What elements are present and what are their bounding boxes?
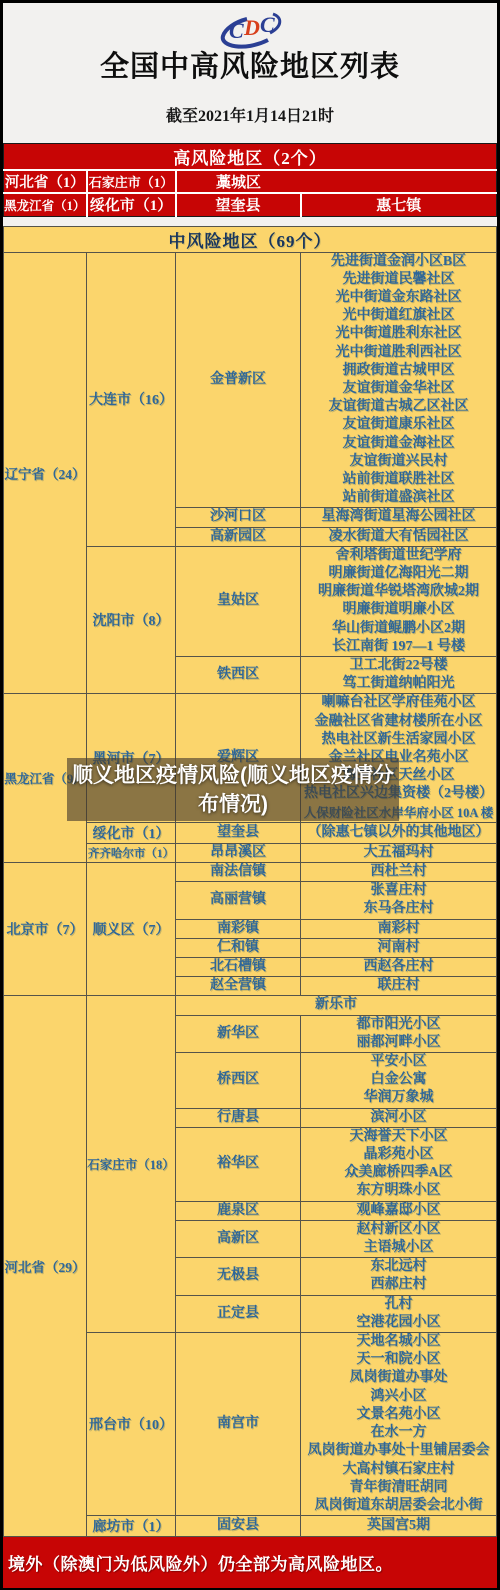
district-label: 北石槽镇 <box>176 958 300 976</box>
medium-risk-section-title: 中风险地区（69个） <box>4 226 497 252</box>
district-row: 河北省（29）石家庄市（18）新乐市 <box>4 996 497 1015</box>
community-item: 南彩村 <box>301 920 496 938</box>
community-item: 明廉街道亿海阳光二期 <box>301 565 496 583</box>
community-item: 喇嘛台社区学府佳苑小区 <box>301 694 496 712</box>
community-item: 热电社区新生活家园小区 <box>301 731 496 749</box>
communities-cell: 孔村空港花园小区 <box>301 1295 497 1332</box>
district-cell: 望奎县 <box>176 822 301 843</box>
watermark-line-2: 布情况) <box>67 790 399 819</box>
community-item: 光中街道胜利西社区 <box>301 344 496 362</box>
city-label: 顺义区（7） <box>87 919 175 939</box>
province-label: 河北省（29） <box>4 1256 86 1276</box>
district-label: 桥西区 <box>176 1071 300 1089</box>
district-cell: 赵全营镇 <box>176 977 301 996</box>
district-label: 望奎县 <box>176 824 300 842</box>
community-item: 西杜兰村 <box>301 863 496 881</box>
communities-cell: 河南村 <box>301 938 497 957</box>
district-cell: 新华区 <box>176 1015 301 1052</box>
district-label: 金普新区 <box>176 371 300 389</box>
community-item: 光中街道金东路社区 <box>301 289 496 307</box>
city-label: 齐齐哈尔市（1） <box>87 845 175 861</box>
community-item: 东马各庄村 <box>301 900 496 918</box>
district-cell: 高新区 <box>176 1220 301 1257</box>
community-item: 赵村新区小区 <box>301 1221 496 1239</box>
community-item: 凤岗街道东胡居委会北小街 <box>301 1497 496 1515</box>
community-item: 主语城小区 <box>301 1239 496 1257</box>
community-item: 青年街清旺胡同 <box>301 1479 496 1497</box>
district-row: 辽宁省（24）大连市（16）金普新区先进街道金润小区B区先进街道民馨社区光中街道… <box>4 252 497 508</box>
community-item: 友谊街道兴民村 <box>301 453 496 471</box>
district-label: 沙河口区 <box>176 508 300 526</box>
community-item: 友谊街道金华社区 <box>301 380 496 398</box>
svg-text:C: C <box>229 18 244 43</box>
district-cell: 昂昂溪区 <box>176 843 301 862</box>
community-item: 友谊街道康乐社区 <box>301 416 496 434</box>
community-item: 天一和院小区 <box>301 1351 496 1369</box>
high-risk-area-cell <box>301 170 497 193</box>
district-label: 高新区 <box>176 1230 300 1248</box>
watermark-overlay: 顺义地区疫情风险(顺义地区疫情分 布情况) <box>67 758 399 821</box>
high-risk-district-label: 藁城区 <box>177 171 301 192</box>
communities-cell: 西赵各庄村 <box>301 958 497 977</box>
community-item: 友谊街道金海社区 <box>301 435 496 453</box>
community-item: 卫工北街22号楼 <box>301 657 496 675</box>
community-item: 星海湾街道星海公园社区 <box>301 508 496 526</box>
city-cell: 大连市（16） <box>87 252 176 546</box>
communities-cell: 联庄村 <box>301 977 497 996</box>
communities-cell: 平安小区白金公寓华润万象城 <box>301 1053 497 1109</box>
district-label: 鹿泉区 <box>176 1202 300 1220</box>
district-cell: 南法信镇 <box>176 863 301 882</box>
community-item: 平安小区 <box>301 1053 496 1071</box>
section-gap <box>3 217 497 226</box>
province-label: 北京市（7） <box>4 919 86 939</box>
communities-cell: 都市阳光小区丽都河畔小区 <box>301 1015 497 1052</box>
city-label: 廊坊市（1） <box>87 1516 175 1536</box>
high-risk-province-label: 河北省（1） <box>4 171 86 192</box>
high-risk-city-cell: 绥化市（1） <box>87 193 176 216</box>
high-risk-header-row: 高风险地区（2个） <box>4 144 497 171</box>
medium-risk-table: 中风险地区（69个） 辽宁省（24）大连市（16）金普新区先进街道金润小区B区先… <box>3 226 497 1538</box>
communities-cell: 南彩村 <box>301 919 497 938</box>
community-item: 舍利塔街道世纪学府 <box>301 547 496 565</box>
community-item: 大高村镇石家庄村 <box>301 1461 496 1479</box>
communities-cell: 卫工北街22号楼笃工街道纳帕阳光 <box>301 656 497 693</box>
svg-text:C: C <box>260 12 275 37</box>
high-risk-province-cell: 河北省（1） <box>4 170 87 193</box>
as-of-timestamp: 截至2021年1月14日21时 <box>3 103 497 126</box>
overseas-note-bar: 境外（除澳门为低风险外）仍全部为高风险地区。 <box>3 1537 497 1588</box>
district-cell: 固安县 <box>176 1516 301 1537</box>
community-item: 英国宫5期 <box>301 1517 496 1535</box>
overseas-note: 境外（除澳门为低风险外）仍全部为高风险地区。 <box>8 1550 393 1575</box>
community-item: 凤岗街道办事处 <box>301 1369 496 1387</box>
community-item: 友谊街道古城乙区社区 <box>301 398 496 416</box>
city-cell: 沈阳市（8） <box>87 546 176 694</box>
high-risk-row: 黑龙江省（1）绥化市（1）望奎县惠七镇 <box>4 193 497 216</box>
district-cell: 金普新区 <box>176 252 301 508</box>
community-item: 金融社区省建材楼所在小区 <box>301 713 496 731</box>
community-item: 天海誉天下小区 <box>301 1128 496 1146</box>
community-item: 光中街道红旗社区 <box>301 307 496 325</box>
communities-cell: 舍利塔街道世纪学府明廉街道亿海阳光二期明廉街道华锐塔湾欣城2期明廉街道明廉小区华… <box>301 546 497 656</box>
district-cell: 铁西区 <box>176 656 301 693</box>
district-label: 固安县 <box>176 1517 300 1535</box>
community-item: 张喜庄村 <box>301 882 496 900</box>
communities-cell: （除惠七镇以外的其他地区） <box>301 822 497 843</box>
high-risk-district-cell: 望奎县 <box>176 193 301 216</box>
logo-container: C D C <box>3 9 497 51</box>
communities-cell: 英国宫5期 <box>301 1516 497 1537</box>
community-item: 孔村 <box>301 1296 496 1314</box>
high-risk-district-cell: 藁城区 <box>176 170 301 193</box>
communities-cell: 张喜庄村东马各庄村 <box>301 882 497 919</box>
district-label: 裕华区 <box>176 1155 300 1173</box>
province-label: 辽宁省（24） <box>4 463 86 483</box>
district-label: 无极县 <box>176 1267 300 1285</box>
province-cell: 辽宁省（24） <box>4 252 87 694</box>
high-risk-row: 河北省（1）石家庄市（1）藁城区 <box>4 170 497 193</box>
communities-cell: 东北远村西郝庄村 <box>301 1258 497 1295</box>
district-cell: 正定县 <box>176 1295 301 1332</box>
district-label: 皇姑区 <box>176 592 300 610</box>
district-label: 仁和镇 <box>176 939 300 957</box>
community-item: 东方明珠小区 <box>301 1182 496 1200</box>
city-cell: 绥化市（1） <box>87 822 176 843</box>
community-item: 光中街道胜利东社区 <box>301 325 496 343</box>
high-risk-area-label: 惠七镇 <box>302 194 497 215</box>
high-risk-table: 高风险地区（2个） 河北省（1）石家庄市（1）藁城区黑龙江省（1）绥化市（1）望… <box>3 143 497 217</box>
city-label: 绥化市（1） <box>87 823 175 843</box>
district-cell: 沙河口区 <box>176 508 301 527</box>
community-item: 观峰嘉邸小区 <box>301 1202 496 1220</box>
district-cell: 南彩镇 <box>176 919 301 938</box>
district-cell: 无极县 <box>176 1258 301 1295</box>
high-risk-section-title: 高风险地区（2个） <box>4 144 497 171</box>
community-item: 众美廊桥四季A区 <box>301 1164 496 1182</box>
province-cell: 河北省（29） <box>4 996 87 1537</box>
community-item: 先进街道金润小区B区 <box>301 253 496 271</box>
watermark-line-1: 顺义地区疫情风险(顺义地区疫情分 <box>67 761 399 790</box>
district-label: 南彩镇 <box>176 920 300 938</box>
city-label: 邢台市（10） <box>87 1414 175 1434</box>
community-item: 晶彩苑小区 <box>301 1146 496 1164</box>
district-cell: 南宫市 <box>176 1333 301 1516</box>
community-item: 河南村 <box>301 939 496 957</box>
community-item: 先进街道民馨社区 <box>301 271 496 289</box>
medium-risk-header-row: 中风险地区（69个） <box>4 226 497 252</box>
high-risk-city-cell: 石家庄市（1） <box>87 170 176 193</box>
infographic-header: C D C 全国中高风险地区列表 截至2021年1月14日21时 <box>3 3 497 143</box>
district-cell: 桥西区 <box>176 1053 301 1109</box>
city-cell: 石家庄市（18） <box>87 996 176 1333</box>
communities-cell: 大五福玛村 <box>301 843 497 862</box>
communities-cell: 赵村新区小区主语城小区 <box>301 1220 497 1257</box>
community-item: 西赵各庄村 <box>301 958 496 976</box>
city-label: 石家庄市（18） <box>87 1155 175 1173</box>
high-risk-city-label: 石家庄市（1） <box>88 172 175 191</box>
high-risk-province-label: 黑龙江省（1） <box>4 196 86 214</box>
community-item: 滨河小区 <box>301 1109 496 1127</box>
community-item: 站前街道联胜社区 <box>301 471 496 489</box>
community-item: 空港花园小区 <box>301 1314 496 1332</box>
community-item: 华润万象城 <box>301 1089 496 1107</box>
district-label: 新华区 <box>176 1025 300 1043</box>
communities-cell: 凌水街道大有恬园社区 <box>301 527 497 546</box>
district-label: 新乐市 <box>176 996 496 1014</box>
svg-text:D: D <box>243 15 260 40</box>
communities-cell: 星海湾街道星海公园社区 <box>301 508 497 527</box>
community-item: 联庄村 <box>301 977 496 995</box>
city-label: 大连市（16） <box>87 389 175 409</box>
district-cell: 裕华区 <box>176 1127 301 1201</box>
district-cell: 新乐市 <box>176 996 497 1015</box>
district-label: 南宫市 <box>176 1415 300 1433</box>
high-risk-province-cell: 黑龙江省（1） <box>4 193 87 216</box>
community-item: 华山街道鲲鹏小区2期 <box>301 620 496 638</box>
communities-cell: 滨河小区 <box>301 1108 497 1127</box>
city-label: 沈阳市（8） <box>87 610 175 630</box>
communities-cell: 先进街道金润小区B区先进街道民馨社区光中街道金东路社区光中街道红旗社区光中街道胜… <box>301 252 497 508</box>
community-item: 西郝庄村 <box>301 1276 496 1294</box>
community-item: （除惠七镇以外的其他地区） <box>301 824 496 842</box>
community-item: 凤岗街道办事处十里铺居委会 <box>301 1442 496 1460</box>
community-item: 鸿兴小区 <box>301 1388 496 1406</box>
district-cell: 皇姑区 <box>176 546 301 656</box>
community-item: 明廉街道华锐塔湾欣城2期 <box>301 583 496 601</box>
city-cell: 廊坊市（1） <box>87 1516 176 1537</box>
district-cell: 鹿泉区 <box>176 1201 301 1220</box>
communities-cell: 天海誉天下小区晶彩苑小区众美廊桥四季A区东方明珠小区 <box>301 1127 497 1201</box>
community-item: 白金公寓 <box>301 1071 496 1089</box>
community-item: 丽都河畔小区 <box>301 1034 496 1052</box>
community-item: 明廉街道明廉小区 <box>301 601 496 619</box>
district-cell: 高新园区 <box>176 527 301 546</box>
district-label: 铁西区 <box>176 666 300 684</box>
district-cell: 高丽营镇 <box>176 882 301 919</box>
district-label: 正定县 <box>176 1305 300 1323</box>
community-item: 长江南街 197—1 号楼 <box>301 638 496 656</box>
city-cell: 顺义区（7） <box>87 863 176 996</box>
communities-cell: 天地名城小区天一和院小区凤岗街道办事处鸿兴小区文景名苑小区在水一方凤岗街道办事处… <box>301 1333 497 1516</box>
risk-list-infographic: C D C 全国中高风险地区列表 截至2021年1月14日21时 高风险地区（2… <box>0 0 500 1590</box>
community-item: 在水一方 <box>301 1424 496 1442</box>
communities-cell: 观峰嘉邸小区 <box>301 1201 497 1220</box>
community-item: 东北远村 <box>301 1258 496 1276</box>
district-label: 高新园区 <box>176 528 300 546</box>
district-label: 行唐县 <box>176 1109 300 1127</box>
city-cell: 齐齐哈尔市（1） <box>87 843 176 862</box>
page-title: 全国中高风险地区列表 <box>3 52 497 82</box>
district-row: 北京市（7）顺义区（7）南法信镇西杜兰村 <box>4 863 497 882</box>
district-cell: 仁和镇 <box>176 938 301 957</box>
communities-cell: 西杜兰村 <box>301 863 497 882</box>
district-label: 高丽营镇 <box>176 891 300 909</box>
province-cell: 北京市（7） <box>4 863 87 996</box>
community-item: 大五福玛村 <box>301 844 496 862</box>
district-label: 赵全营镇 <box>176 977 300 995</box>
community-item: 天地名城小区 <box>301 1333 496 1351</box>
high-risk-district-label: 望奎县 <box>177 194 300 215</box>
community-item: 笃工街道纳帕阳光 <box>301 675 496 693</box>
high-risk-city-label: 绥化市（1） <box>88 194 175 215</box>
high-risk-area-cell: 惠七镇 <box>301 193 497 216</box>
district-label: 昂昂溪区 <box>176 844 300 862</box>
community-item: 站前街道盛滨社区 <box>301 489 496 507</box>
district-label: 南法信镇 <box>176 863 300 881</box>
district-cell: 北石槽镇 <box>176 958 301 977</box>
china-cdc-logo-icon: C D C <box>216 9 284 51</box>
community-item: 都市阳光小区 <box>301 1016 496 1034</box>
city-cell: 邢台市（10） <box>87 1333 176 1516</box>
district-cell: 行唐县 <box>176 1108 301 1127</box>
community-item: 凌水街道大有恬园社区 <box>301 528 496 546</box>
community-item: 文景名苑小区 <box>301 1406 496 1424</box>
community-item: 拥政街道古城甲区 <box>301 362 496 380</box>
